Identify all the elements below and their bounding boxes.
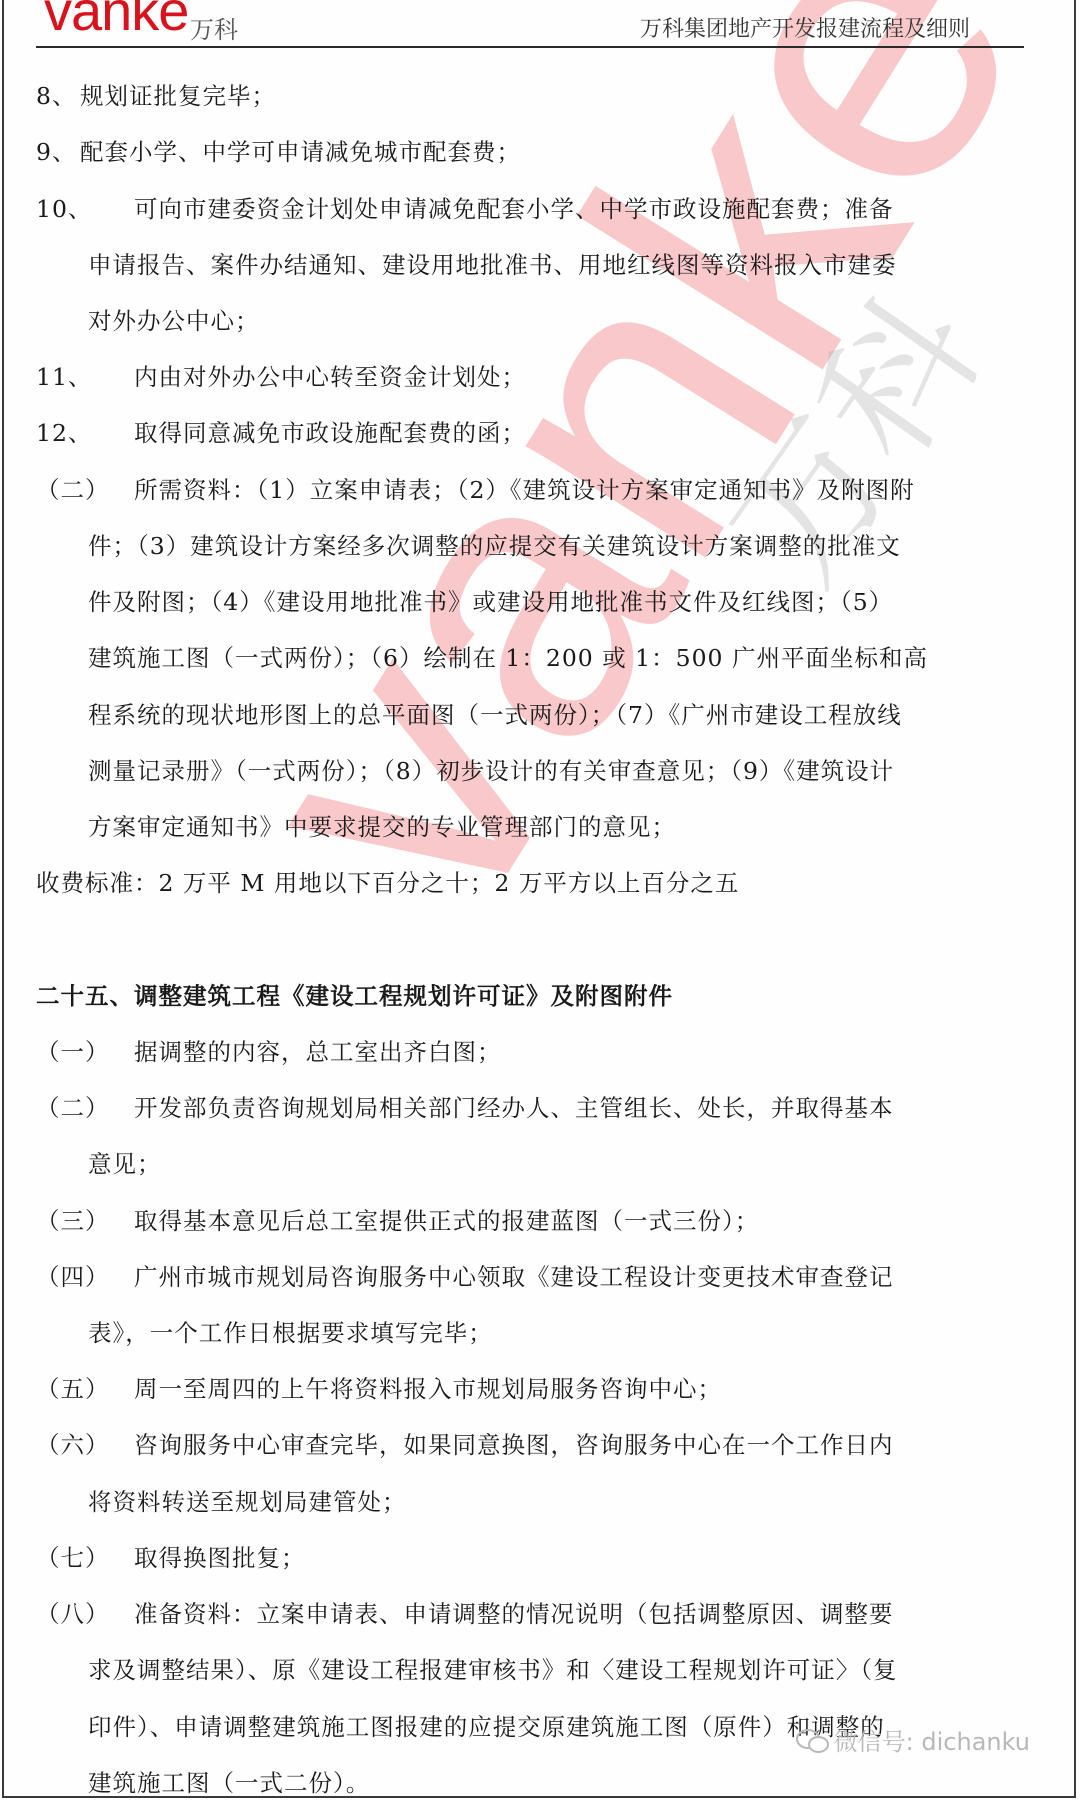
list-item-number: （二） bbox=[36, 1089, 110, 1123]
list-item-text: 配套小学、中学可申请减免城市配套费； bbox=[80, 133, 521, 167]
list-item-number: （四） bbox=[36, 1258, 110, 1292]
list-item-text: 将资料转送至规划局建管处； bbox=[88, 1483, 407, 1517]
list-item-text: 可向市建委资金计划处申请减免配套小学、中学市政设施配套费；准备 bbox=[134, 190, 894, 224]
list-item-text: 表》，一个工作日根据要求填写完毕； bbox=[88, 1314, 493, 1348]
section-heading: 二十五、调整建筑工程《建设工程规划许可证》及附图附件 bbox=[36, 977, 673, 1011]
list-item-text: 取得基本意见后总工室提供正式的报建蓝图（一式三份）； bbox=[134, 1202, 759, 1236]
list-item-text: 申请报告、案件办结通知、建设用地批准书、用地红线图等资料报入市建委 bbox=[88, 246, 897, 280]
list-item-text: 收费标准：2 万平 M 用地以下百分之十；2 万平方以上百分之五 bbox=[36, 864, 739, 898]
list-item-text: 取得换图批复； bbox=[134, 1539, 306, 1573]
vanke-logo-cn: 万科 bbox=[190, 10, 238, 45]
list-item-text: 开发部负责咨询规划局相关部门经办人、主管组长、处长，并取得基本 bbox=[134, 1089, 894, 1123]
list-item-text: 所需资料：（1）立案申请表；（2）《建筑设计方案审定通知书》及附图附 bbox=[134, 471, 915, 505]
list-item-number: （三） bbox=[36, 1202, 110, 1236]
list-item-text: 件及附图；（4）《建设用地批准书》或建设用地批准书文件及红线图；（5） bbox=[88, 583, 893, 617]
list-item-number: （二） bbox=[36, 471, 110, 505]
list-item-text: 内由对外办公中心转至资金计划处； bbox=[134, 358, 526, 392]
wechat-icon bbox=[796, 1727, 828, 1753]
list-item-number: （五） bbox=[36, 1370, 110, 1404]
list-item-text: 求及调整结果）、原《建设工程报建审核书》和〈建设工程规划许可证〉（复 bbox=[88, 1651, 898, 1685]
vanke-logo: vanke bbox=[44, 0, 188, 43]
header-divider bbox=[36, 46, 1024, 48]
list-item-number: 11、 bbox=[36, 358, 92, 392]
list-item-number: 8、 bbox=[36, 77, 76, 111]
list-item-text: 方案审定通知书》中要求提交的专业管理部门的意见； bbox=[88, 808, 676, 842]
wechat-footer: 微信号: dichanku bbox=[796, 1722, 1030, 1757]
list-item-text: 对外办公中心； bbox=[88, 302, 260, 336]
document-title: 万科集团地产开发报建流程及细则 bbox=[640, 12, 970, 43]
list-item-text: 印件）、申请调整建筑施工图报建的应提交原建筑施工图（原件）和调整的 bbox=[88, 1708, 885, 1742]
list-item-number: 10、 bbox=[36, 190, 92, 224]
list-item-text: 据调整的内容，总工室出齐白图； bbox=[134, 1033, 502, 1067]
list-item-text: 准备资料：立案申请表、申请调整的情况说明（包括调整原因、调整要 bbox=[134, 1595, 894, 1629]
list-item-text: 意见； bbox=[88, 1145, 162, 1179]
list-item-text: 规划证批复完毕； bbox=[80, 77, 276, 111]
list-item-text: 件；（3）建筑设计方案经多次调整的应提交有关建筑设计方案调整的批准文 bbox=[88, 527, 901, 561]
list-item-number: （八） bbox=[36, 1595, 110, 1629]
list-item-text: 建筑施工图（一式两份）；（6）绘制在 1：200 或 1：500 广州平面坐标和… bbox=[88, 639, 928, 673]
list-item-number: （七） bbox=[36, 1539, 110, 1573]
list-item-text: 程系统的现状地形图上的总平面图（一式两份）；（7）《广州市建设工程放线 bbox=[88, 696, 902, 730]
list-item-number: （六） bbox=[36, 1426, 110, 1460]
list-item-text: 测量记录册》（一式两份）；（8）初步设计的有关审查意见；（9）《建筑设计 bbox=[88, 752, 894, 786]
list-item-text: 取得同意减免市政设施配套费的函； bbox=[134, 414, 526, 448]
list-item-number: （一） bbox=[36, 1033, 110, 1067]
list-item-number: 9、 bbox=[36, 133, 76, 167]
wechat-id: 微信号: dichanku bbox=[834, 1722, 1030, 1757]
page-header: vanke 万科 万科集团地产开发报建流程及细则 bbox=[0, 0, 1080, 50]
list-item-text: 咨询服务中心审查完毕，如果同意换图，咨询服务中心在一个工作日内 bbox=[134, 1426, 894, 1460]
list-item-number: 12、 bbox=[36, 414, 92, 448]
list-item-text: 周一至周四的上午将资料报入市规划局服务咨询中心； bbox=[134, 1370, 722, 1404]
list-item-text: 广州市城市规划局咨询服务中心领取《建设工程设计变更技术审查登记 bbox=[134, 1258, 894, 1292]
list-item-text: 建筑施工图（一式二份）。 bbox=[88, 1764, 370, 1798]
